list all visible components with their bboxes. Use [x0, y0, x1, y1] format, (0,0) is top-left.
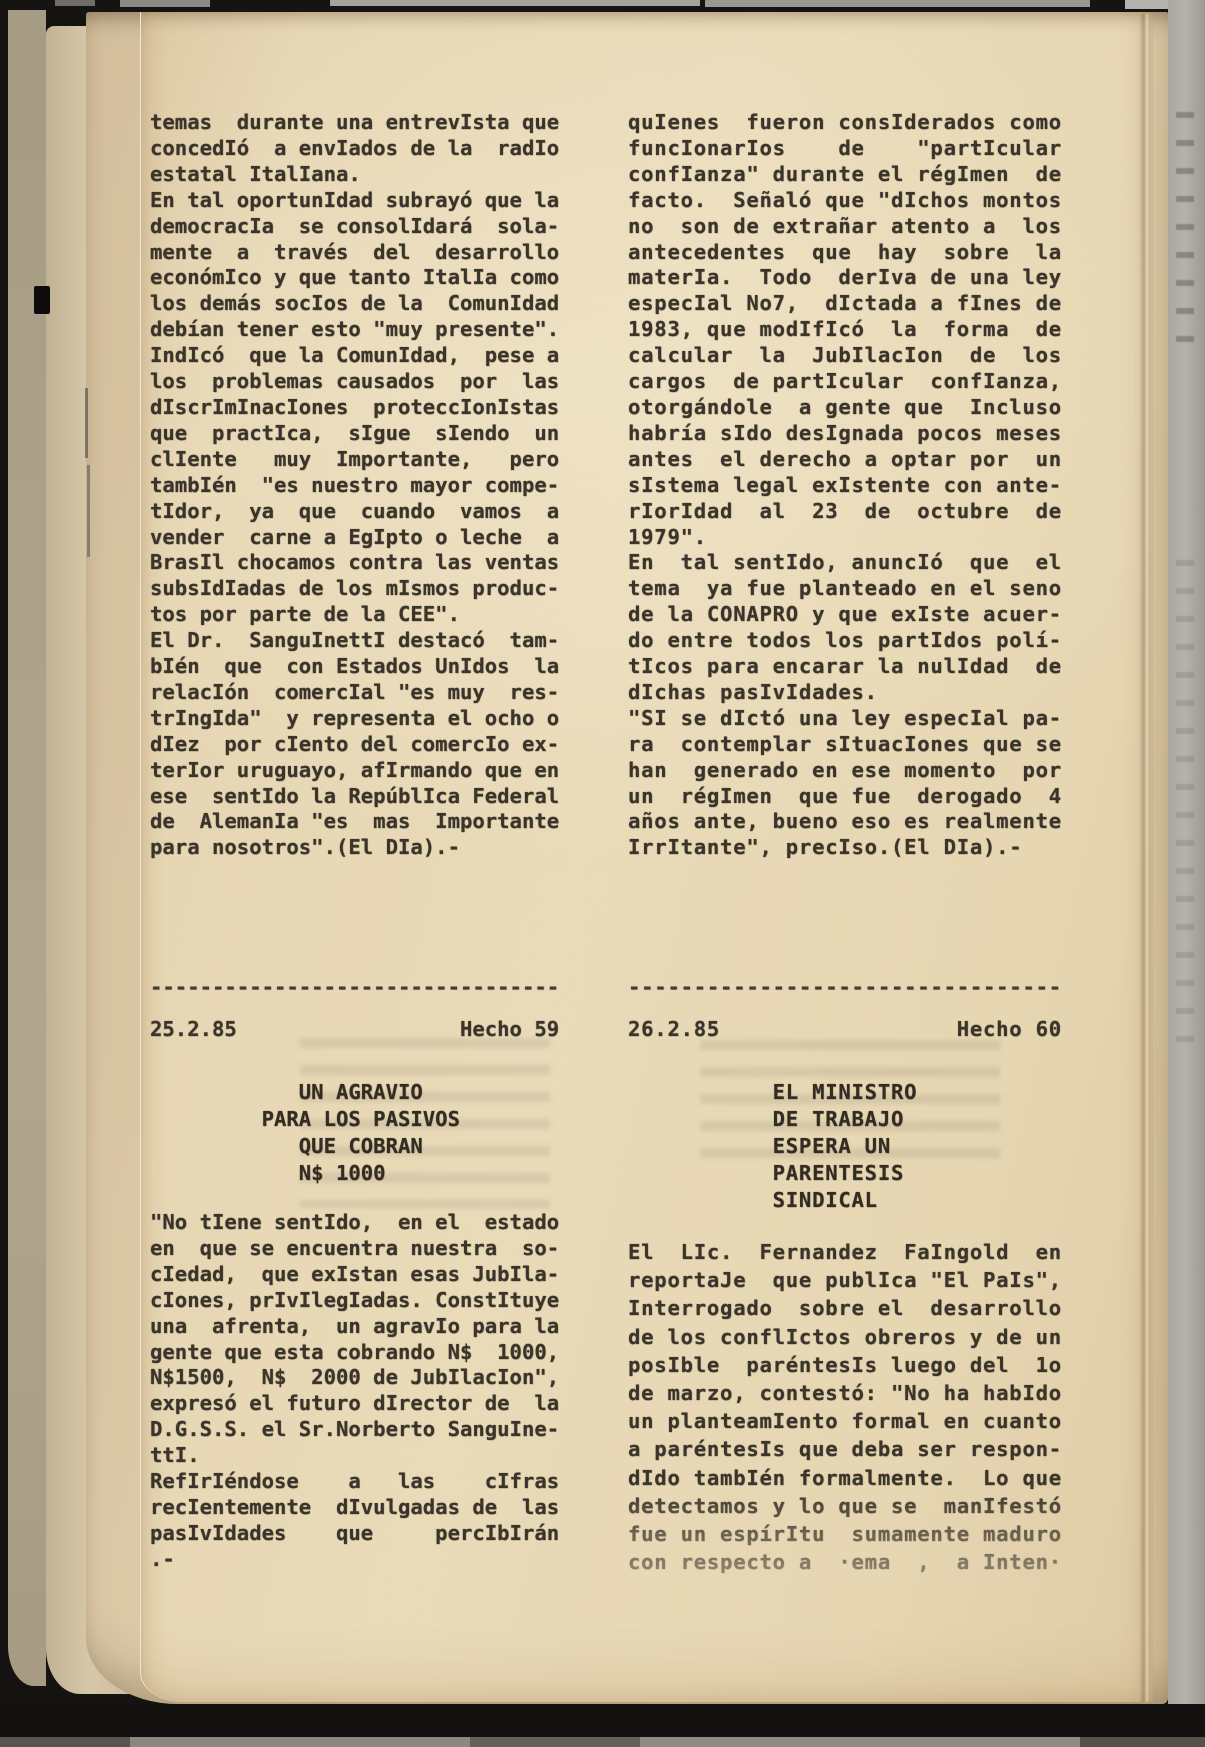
bleed-through-text-marks — [1176, 560, 1194, 1060]
scanned-document-photo: temas durante una entrevIsta que concedI… — [0, 0, 1205, 1747]
separator-right: --------------------------------- — [628, 974, 1062, 1000]
top-bar-segment — [330, 0, 700, 6]
article-bottom-right-text: El LIc. Fernandez FaIngold en reportaJe … — [628, 1238, 1062, 1576]
page-crease — [1139, 14, 1150, 1702]
bookmark-tab — [34, 286, 50, 314]
top-bar-segment — [55, 0, 95, 6]
article-top-right-text: quIenes fueron consIderados como funcIon… — [628, 110, 1062, 861]
date-hecho-right: 26.2.85 Hecho 60 — [628, 1016, 1062, 1042]
margin-pencil-mark — [85, 388, 88, 458]
article-top-left-text: temas durante una entrevIsta que concedI… — [150, 110, 559, 861]
top-bar-segment — [120, 0, 210, 7]
underlying-pages-edge — [8, 10, 46, 1686]
article-bottom-left-text: "No tIene sentIdo, en el estado en que s… — [150, 1210, 559, 1573]
bottom-scanner-strip — [0, 1737, 1205, 1747]
headline-left: UN AGRAVIO PARA LOS PASIVOS QUE COBRAN N… — [150, 1079, 460, 1187]
date-hecho-left: 25.2.85 Hecho 59 — [150, 1016, 559, 1042]
margin-pencil-mark — [87, 465, 90, 557]
top-bar-segment — [705, 0, 1090, 7]
headline-right: EL MINISTRO DE TRABAJO ESPERA UN PARENTE… — [628, 1079, 917, 1214]
right-page-gutter — [1168, 0, 1205, 1747]
bleed-through-text-marks — [1176, 112, 1194, 342]
separator-left: --------------------------------- — [150, 974, 559, 1000]
